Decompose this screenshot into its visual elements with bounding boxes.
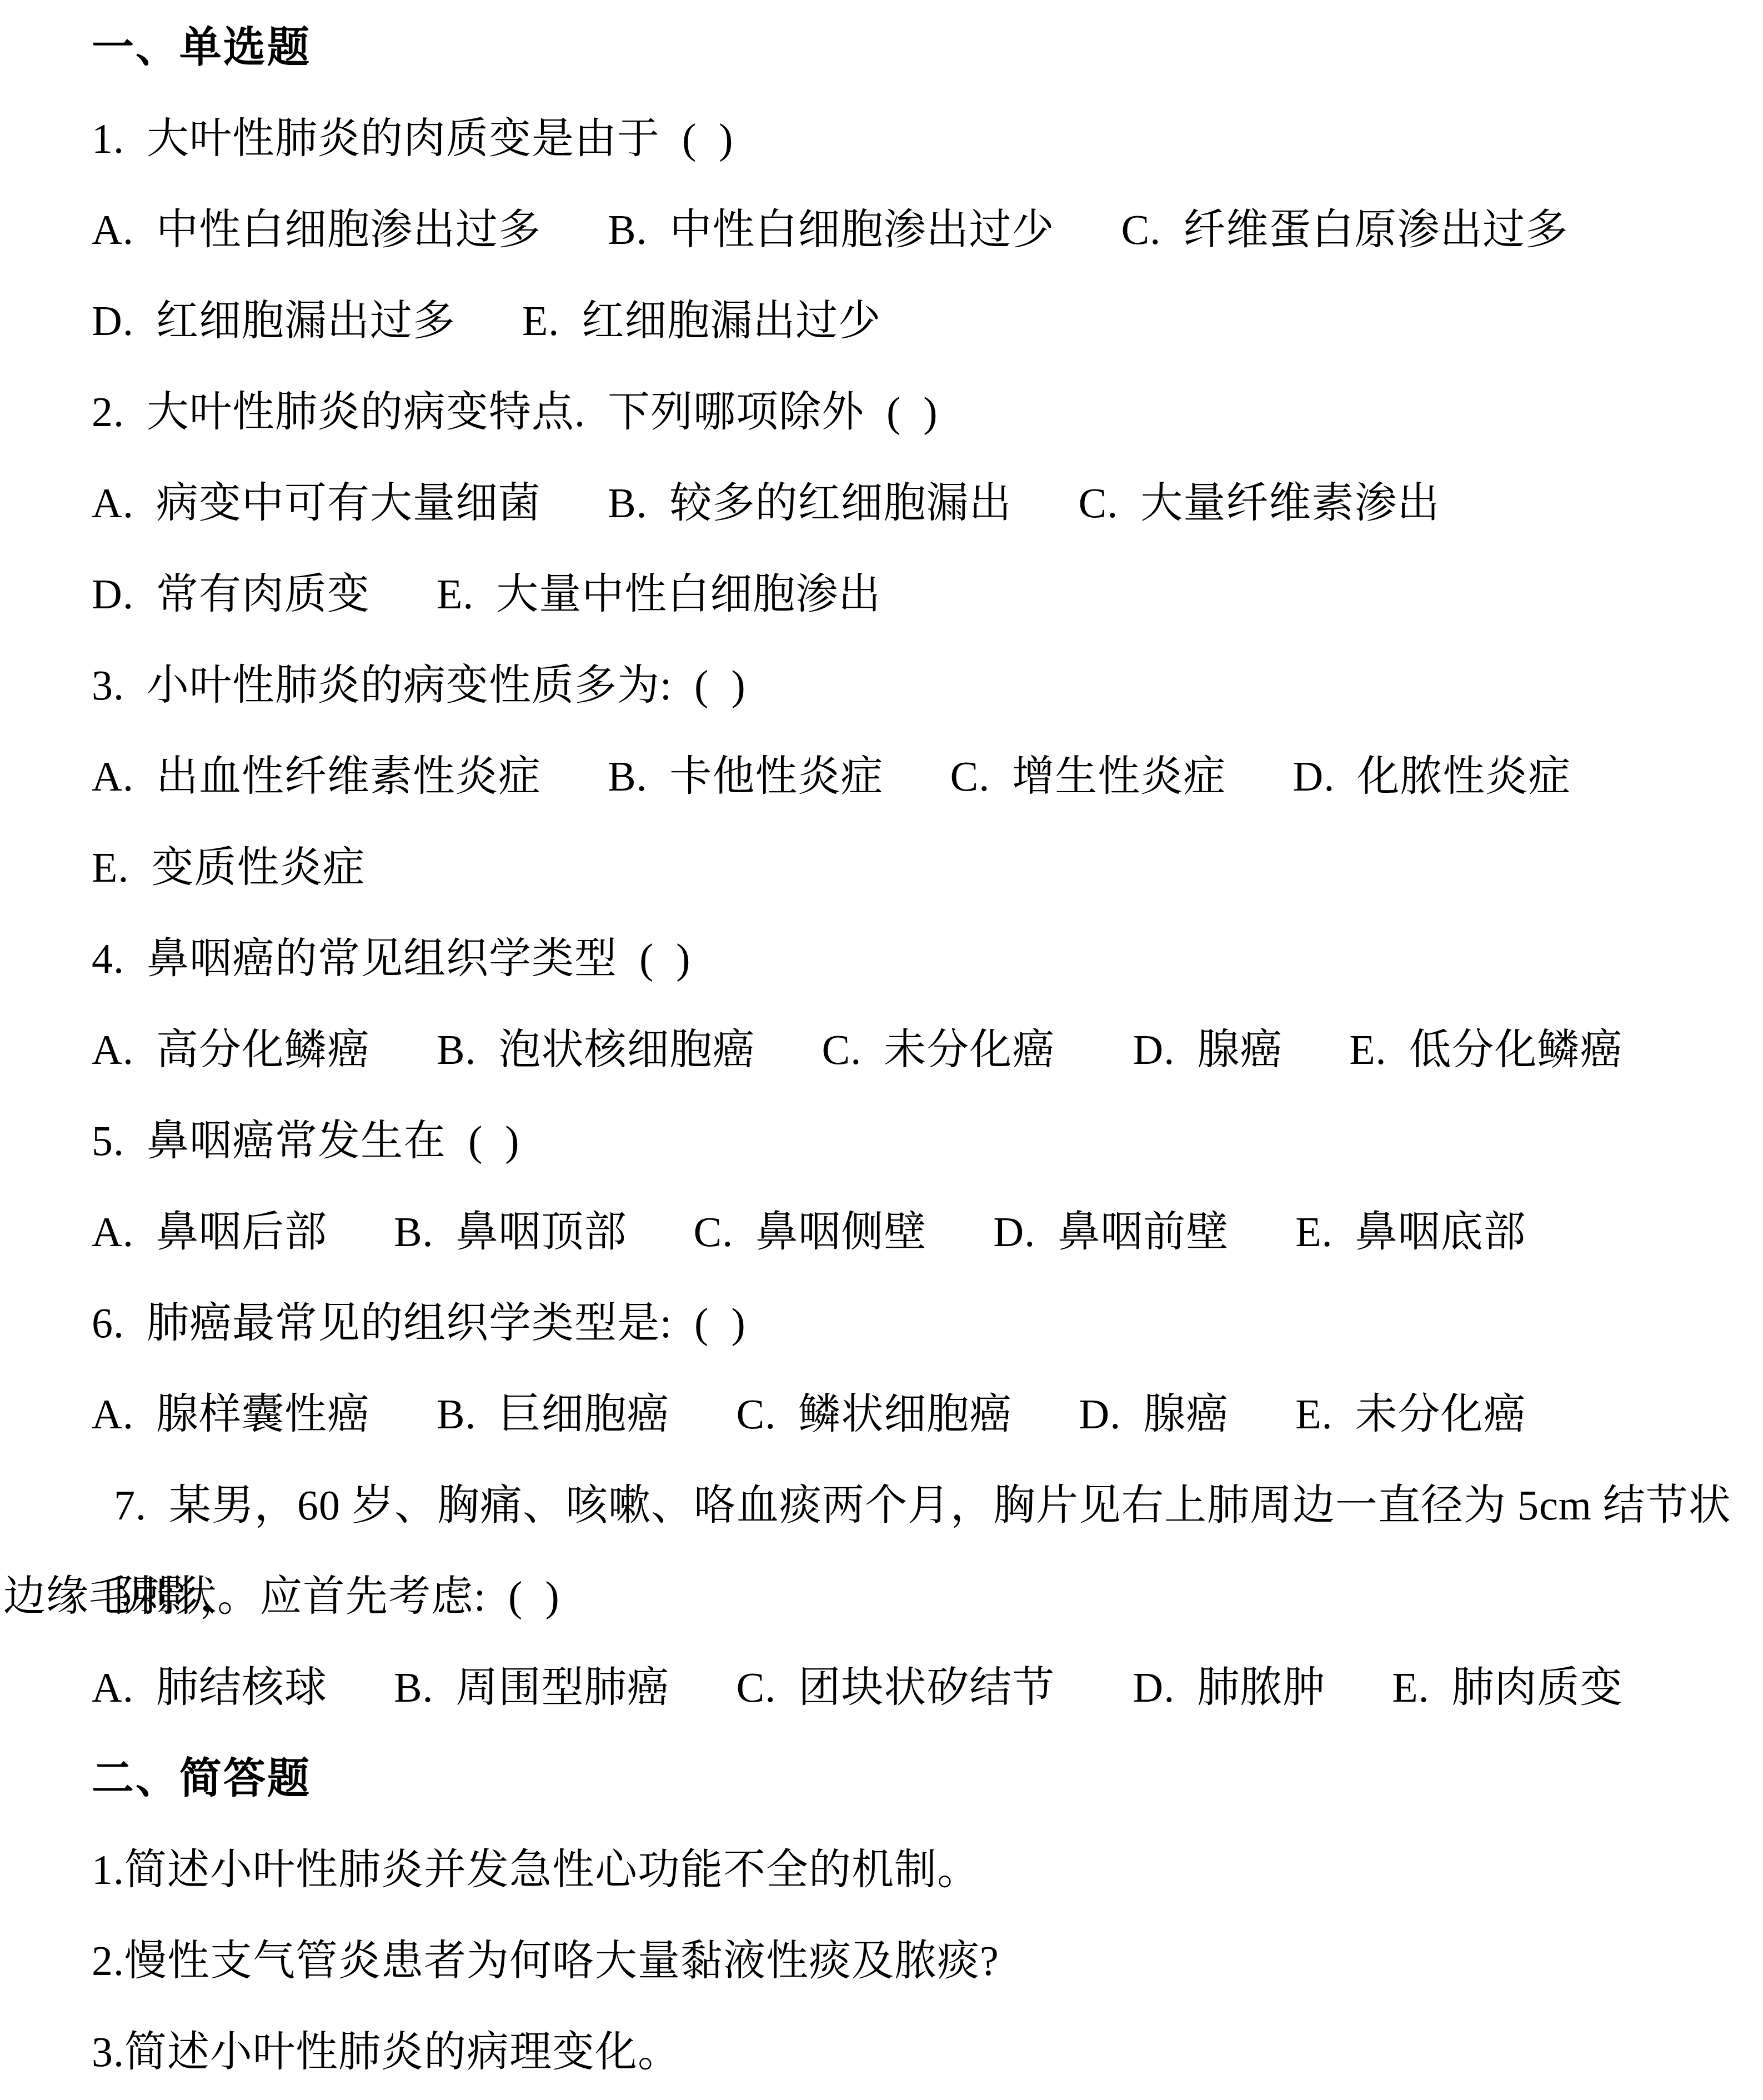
question-7-line-2: 边缘毛刺状。应首先考虑: ( ) — [0, 1551, 1757, 1642]
question-5-options-a-e: A. 鼻咽后部 B. 鼻咽顶部 C. 鼻咽侧壁 D. 鼻咽前壁 E. 鼻咽底部 — [0, 1187, 1757, 1278]
short-answer-2: 2.慢性支气管炎患者为何咯大量黏液性痰及脓痰? — [0, 1916, 1757, 2007]
question-6: 6. 肺癌最常见的组织学类型是: ( ) — [0, 1278, 1757, 1369]
question-7-options-a-e: A. 肺结核球 B. 周围型肺癌 C. 团块状矽结节 D. 肺脓肿 E. 肺肉质… — [0, 1642, 1757, 1733]
question-3-options-a-d: A. 出血性纤维素性炎症 B. 卡他性炎症 C. 增生性炎症 D. 化脓性炎症 — [0, 731, 1757, 822]
document-page: 一、单选题 1. 大叶性肺炎的肉质变是由于 ( ) A. 中性白细胞渗出过多 B… — [0, 0, 1763, 2100]
question-1-options-a-c: A. 中性白细胞渗出过多 B. 中性白细胞渗出过少 C. 纤维蛋白原渗出过多 — [0, 184, 1757, 276]
question-4-options-a-e: A. 高分化鳞癌 B. 泡状核细胞癌 C. 未分化癌 D. 腺癌 E. 低分化鳞… — [0, 1004, 1757, 1096]
question-5: 5. 鼻咽癌常发生在 ( ) — [0, 1096, 1757, 1187]
short-answer-3: 3.简述小叶性肺炎的病理变化。 — [0, 2007, 1757, 2098]
question-1-options-d-e: D. 红细胞漏出过多 E. 红细胞漏出过少 — [0, 276, 1757, 367]
question-4: 4. 鼻咽癌的常见组织学类型 ( ) — [0, 913, 1757, 1004]
question-2-options-a-c: A. 病变中可有大量细菌 B. 较多的红细胞漏出 C. 大量纤维素渗出 — [0, 458, 1757, 549]
section-2-heading: 二、简答题 — [0, 1733, 1757, 1824]
short-answer-1: 1.简述小叶性肺炎并发急性心功能不全的机制。 — [0, 1824, 1757, 1916]
question-6-options-a-e: A. 腺样囊性癌 B. 巨细胞癌 C. 鳞状细胞癌 D. 腺癌 E. 未分化癌 — [0, 1369, 1757, 1460]
question-1: 1. 大叶性肺炎的肉质变是由于 ( ) — [0, 93, 1757, 184]
question-7-line-1: 7. 某男，60 岁、胸痛、咳嗽、咯血痰两个月，胸片见右上肺周边一直径为 5cm… — [0, 1460, 1757, 1551]
question-2: 2. 大叶性肺炎的病变特点. 下列哪项除外 ( ) — [0, 367, 1757, 458]
question-3: 3. 小叶性肺炎的病变性质多为: ( ) — [0, 640, 1757, 731]
section-1-heading: 一、单选题 — [0, 2, 1757, 93]
question-3-option-e: E. 变质性炎症 — [0, 822, 1757, 913]
question-2-options-d-e: D. 常有肉质变 E. 大量中性白细胞渗出 — [0, 549, 1757, 640]
